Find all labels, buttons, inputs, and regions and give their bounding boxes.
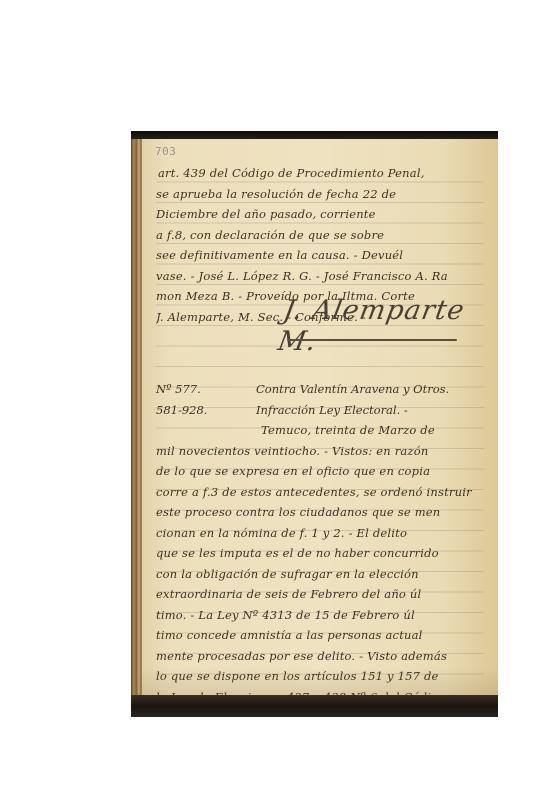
signature-underline — [287, 339, 457, 341]
ledger-page: 703 art. 439 del Código de Procedimiento… — [142, 139, 498, 697]
text-line: Temuco, treinta de Marzo de — [156, 420, 486, 441]
text-line: corre a f.3 de estos antecedentes, se or… — [156, 482, 486, 503]
entry-2-header: Nº 577. Contra Valentín Aravena y Otros.… — [156, 379, 486, 420]
page-number: 703 — [155, 145, 176, 158]
signature-text: J. Alemparte M. — [276, 295, 483, 357]
text-line: art. 439 del Código de Procedimiento Pen… — [156, 163, 486, 184]
case-row: 581-928. Infracción Ley Electoral. - — [156, 400, 486, 421]
document-photo: 703 art. 439 del Código de Procedimiento… — [131, 131, 498, 717]
book-bottom-shadow — [131, 695, 498, 717]
text-line: vase. - José L. López R. G. - José Franc… — [156, 266, 486, 287]
case-subject: Infracción Ley Electoral. - — [256, 400, 486, 421]
text-line: a f.8, con declaración de que se sobre — [156, 225, 486, 246]
text-line: see definitivamente en la causa. - Devué… — [156, 245, 486, 266]
text-line: de lo que se expresa en el oficio que en… — [156, 461, 486, 482]
text-line: mil novecientos veintiocho. - Vistos: en… — [156, 441, 486, 462]
text-line: se aprueba la resolución de fecha 22 de — [156, 184, 486, 205]
text-line: Diciembre del año pasado, corriente — [156, 204, 486, 225]
text-line: que se les imputa es el de no haber conc… — [156, 543, 486, 564]
signature: J. Alemparte M. — [247, 291, 477, 343]
text-line: lo que se dispone en los artículos 151 y… — [156, 666, 486, 687]
text-line: timo concede amnistía a las personas act… — [156, 625, 486, 646]
case-number: Nº 577. — [156, 379, 256, 400]
text-line: timo. - La Ley Nº 4313 de 15 de Febrero … — [156, 605, 486, 626]
case-reference: 581-928. — [156, 400, 256, 421]
text-line: con la obligación de sufragar en la elec… — [156, 564, 486, 585]
case-row: Nº 577. Contra Valentín Aravena y Otros. — [156, 379, 486, 400]
entry-2-text: Temuco, treinta de Marzo de mil novecien… — [156, 420, 486, 717]
text-line: extraordinaria de seis de Febrero del añ… — [156, 584, 486, 605]
case-title: Contra Valentín Aravena y Otros. — [256, 379, 486, 400]
text-line: cionan en la nómina de f. 1 y 2. - El de… — [156, 523, 486, 544]
text-line: mente procesadas por ese delito. - Visto… — [156, 646, 486, 667]
text-line: este proceso contra los ciudadanos que s… — [156, 502, 486, 523]
